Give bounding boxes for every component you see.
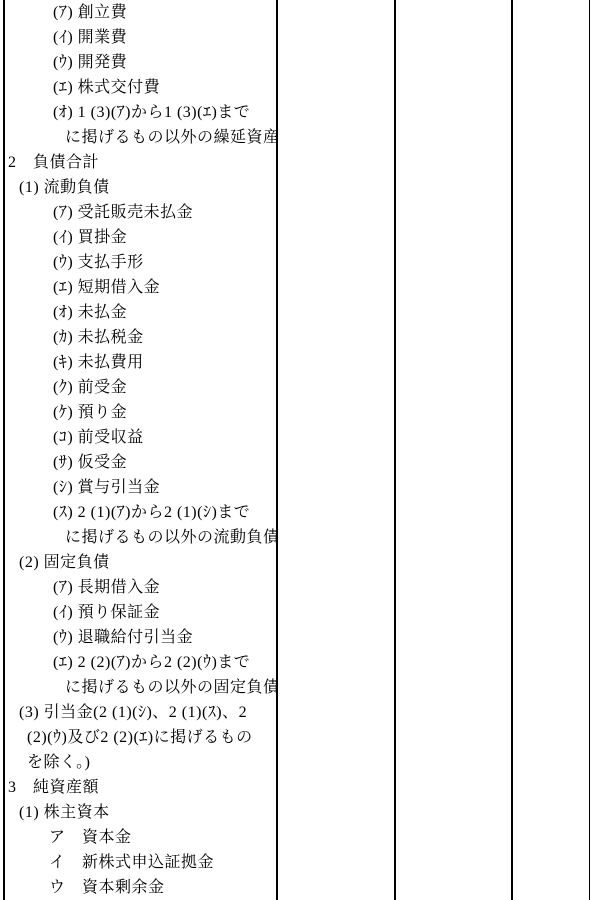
item-label: (ｴ) 株式交付費 xyxy=(53,79,160,96)
table-row: (ｱ) 創立費 xyxy=(4,0,276,25)
table-row: (2) 固定負債 xyxy=(4,550,276,575)
item-label: (ｳ) 支払手形 xyxy=(53,254,144,271)
item-label: 2 負債合計 xyxy=(8,154,99,171)
table-row: (ｼ) 賞与引当金 xyxy=(4,475,276,500)
table-row: (ｷ) 未払費用 xyxy=(4,350,276,375)
table-row: 2 負債合計 xyxy=(4,150,276,175)
item-label: 3 純資産額 xyxy=(8,779,99,796)
item-label: (ｹ) 預り金 xyxy=(53,404,127,421)
item-label: (ｲ) 預り保証金 xyxy=(53,604,160,621)
item-label: (ｴ) 2 (2)(ｱ)から2 (2)(ｳ)まで xyxy=(53,654,250,671)
item-label: (ｲ) 買掛金 xyxy=(53,229,127,246)
item-label: (ｵ) 未払金 xyxy=(53,304,127,321)
item-label: ア 資本金 xyxy=(49,829,132,846)
item-label: (ｼ) 賞与引当金 xyxy=(53,479,160,496)
item-label: (2)(ｳ)及び2 (2)(ｴ)に掲げるもの xyxy=(27,729,253,746)
table-row: (ｶ) 未払税金 xyxy=(4,325,276,350)
table-row: (ｳ) 開発費 xyxy=(4,50,276,75)
table-row: (ｵ) 未払金 xyxy=(4,300,276,325)
table-border-right xyxy=(589,0,591,900)
item-label: (ｻ) 仮受金 xyxy=(53,454,127,471)
table-row: (1) 株主資本 xyxy=(4,800,276,825)
table-row: (1) 流動負債 xyxy=(4,175,276,200)
table-row: に掲げるもの以外の流動負債 xyxy=(4,525,276,550)
item-label: (ｳ) 開発費 xyxy=(53,54,127,71)
column-divider-2 xyxy=(394,0,396,900)
table-row: に掲げるもの以外の固定負債 xyxy=(4,675,276,700)
table-row: (ｻ) 仮受金 xyxy=(4,450,276,475)
item-list-column: (ｱ) 創立費 (ｲ) 開業費 (ｳ) 開発費 (ｴ) 株式交付費 (ｵ) 1 … xyxy=(4,0,276,900)
item-label: を除く。) xyxy=(27,754,91,771)
table-row: (3) 引当金(2 (1)(ｼ)、2 (1)(ｽ)、2 xyxy=(4,700,276,725)
table-row: (ｽ) 2 (1)(ｱ)から2 (1)(ｼ)まで xyxy=(4,500,276,525)
table-row: (2)(ｳ)及び2 (2)(ｴ)に掲げるもの xyxy=(4,725,276,750)
item-label: ウ 資本剰余金 xyxy=(49,879,165,896)
table-row: (ｲ) 買掛金 xyxy=(4,225,276,250)
item-label: イ 新株式申込証拠金 xyxy=(49,854,214,871)
table-row: (ｳ) 支払手形 xyxy=(4,250,276,275)
table-row: (ｴ) 株式交付費 xyxy=(4,75,276,100)
item-label: (ｴ) 短期借入金 xyxy=(53,279,160,296)
item-label: (ｵ) 1 (3)(ｱ)から1 (3)(ｴ)まで xyxy=(53,104,250,121)
table-row: (ｱ) 受託販売未払金 xyxy=(4,200,276,225)
table-row: (ｹ) 預り金 xyxy=(4,400,276,425)
table-row: (ｳ) 退職給付引当金 xyxy=(4,625,276,650)
item-label: (2) 固定負債 xyxy=(19,554,110,571)
item-label: (ｶ) 未払税金 xyxy=(53,329,144,346)
table-row: イ 新株式申込証拠金 xyxy=(4,850,276,875)
table-row: ア 資本金 xyxy=(4,825,276,850)
item-label: に掲げるもの以外の繰延資産 xyxy=(65,129,276,146)
item-label: (ｲ) 開業費 xyxy=(53,29,127,46)
item-label: (ｱ) 長期借入金 xyxy=(53,579,160,596)
item-label: (ｽ) 2 (1)(ｱ)から2 (1)(ｼ)まで xyxy=(53,504,250,521)
column-divider-3 xyxy=(511,0,513,900)
column-divider-1 xyxy=(276,0,278,900)
table-row: (ｵ) 1 (3)(ｱ)から1 (3)(ｴ)まで xyxy=(4,100,276,125)
item-label: (ｺ) 前受収益 xyxy=(53,429,144,446)
item-label: (ｸ) 前受金 xyxy=(53,379,127,396)
table-row: 3 純資産額 xyxy=(4,775,276,800)
table-border-left xyxy=(3,0,5,900)
table-row: (ｴ) 2 (2)(ｱ)から2 (2)(ｳ)まで xyxy=(4,650,276,675)
item-label: (ｳ) 退職給付引当金 xyxy=(53,629,193,646)
table-row: (ｴ) 短期借入金 xyxy=(4,275,276,300)
table-row: ウ 資本剰余金 xyxy=(4,875,276,900)
item-label: (ｱ) 受託販売未払金 xyxy=(53,204,193,221)
item-label: (ｱ) 創立費 xyxy=(53,4,127,21)
table-row: (ｸ) 前受金 xyxy=(4,375,276,400)
item-label: (ｷ) 未払費用 xyxy=(53,354,144,371)
item-label: に掲げるもの以外の固定負債 xyxy=(65,679,276,696)
table-row: (ｲ) 開業費 xyxy=(4,25,276,50)
item-label: (1) 流動負債 xyxy=(19,179,110,196)
table-row: (ｺ) 前受収益 xyxy=(4,425,276,450)
table-row: (ｲ) 預り保証金 xyxy=(4,600,276,625)
item-label: に掲げるもの以外の流動負債 xyxy=(65,529,276,546)
item-label: (1) 株主資本 xyxy=(19,804,110,821)
form-page: (ｱ) 創立費 (ｲ) 開業費 (ｳ) 開発費 (ｴ) 株式交付費 (ｵ) 1 … xyxy=(0,0,591,900)
table-row: (ｱ) 長期借入金 xyxy=(4,575,276,600)
item-label: (3) 引当金(2 (1)(ｼ)、2 (1)(ｽ)、2 xyxy=(19,704,247,721)
table-row: を除く。) xyxy=(4,750,276,775)
table-row: に掲げるもの以外の繰延資産 xyxy=(4,125,276,150)
